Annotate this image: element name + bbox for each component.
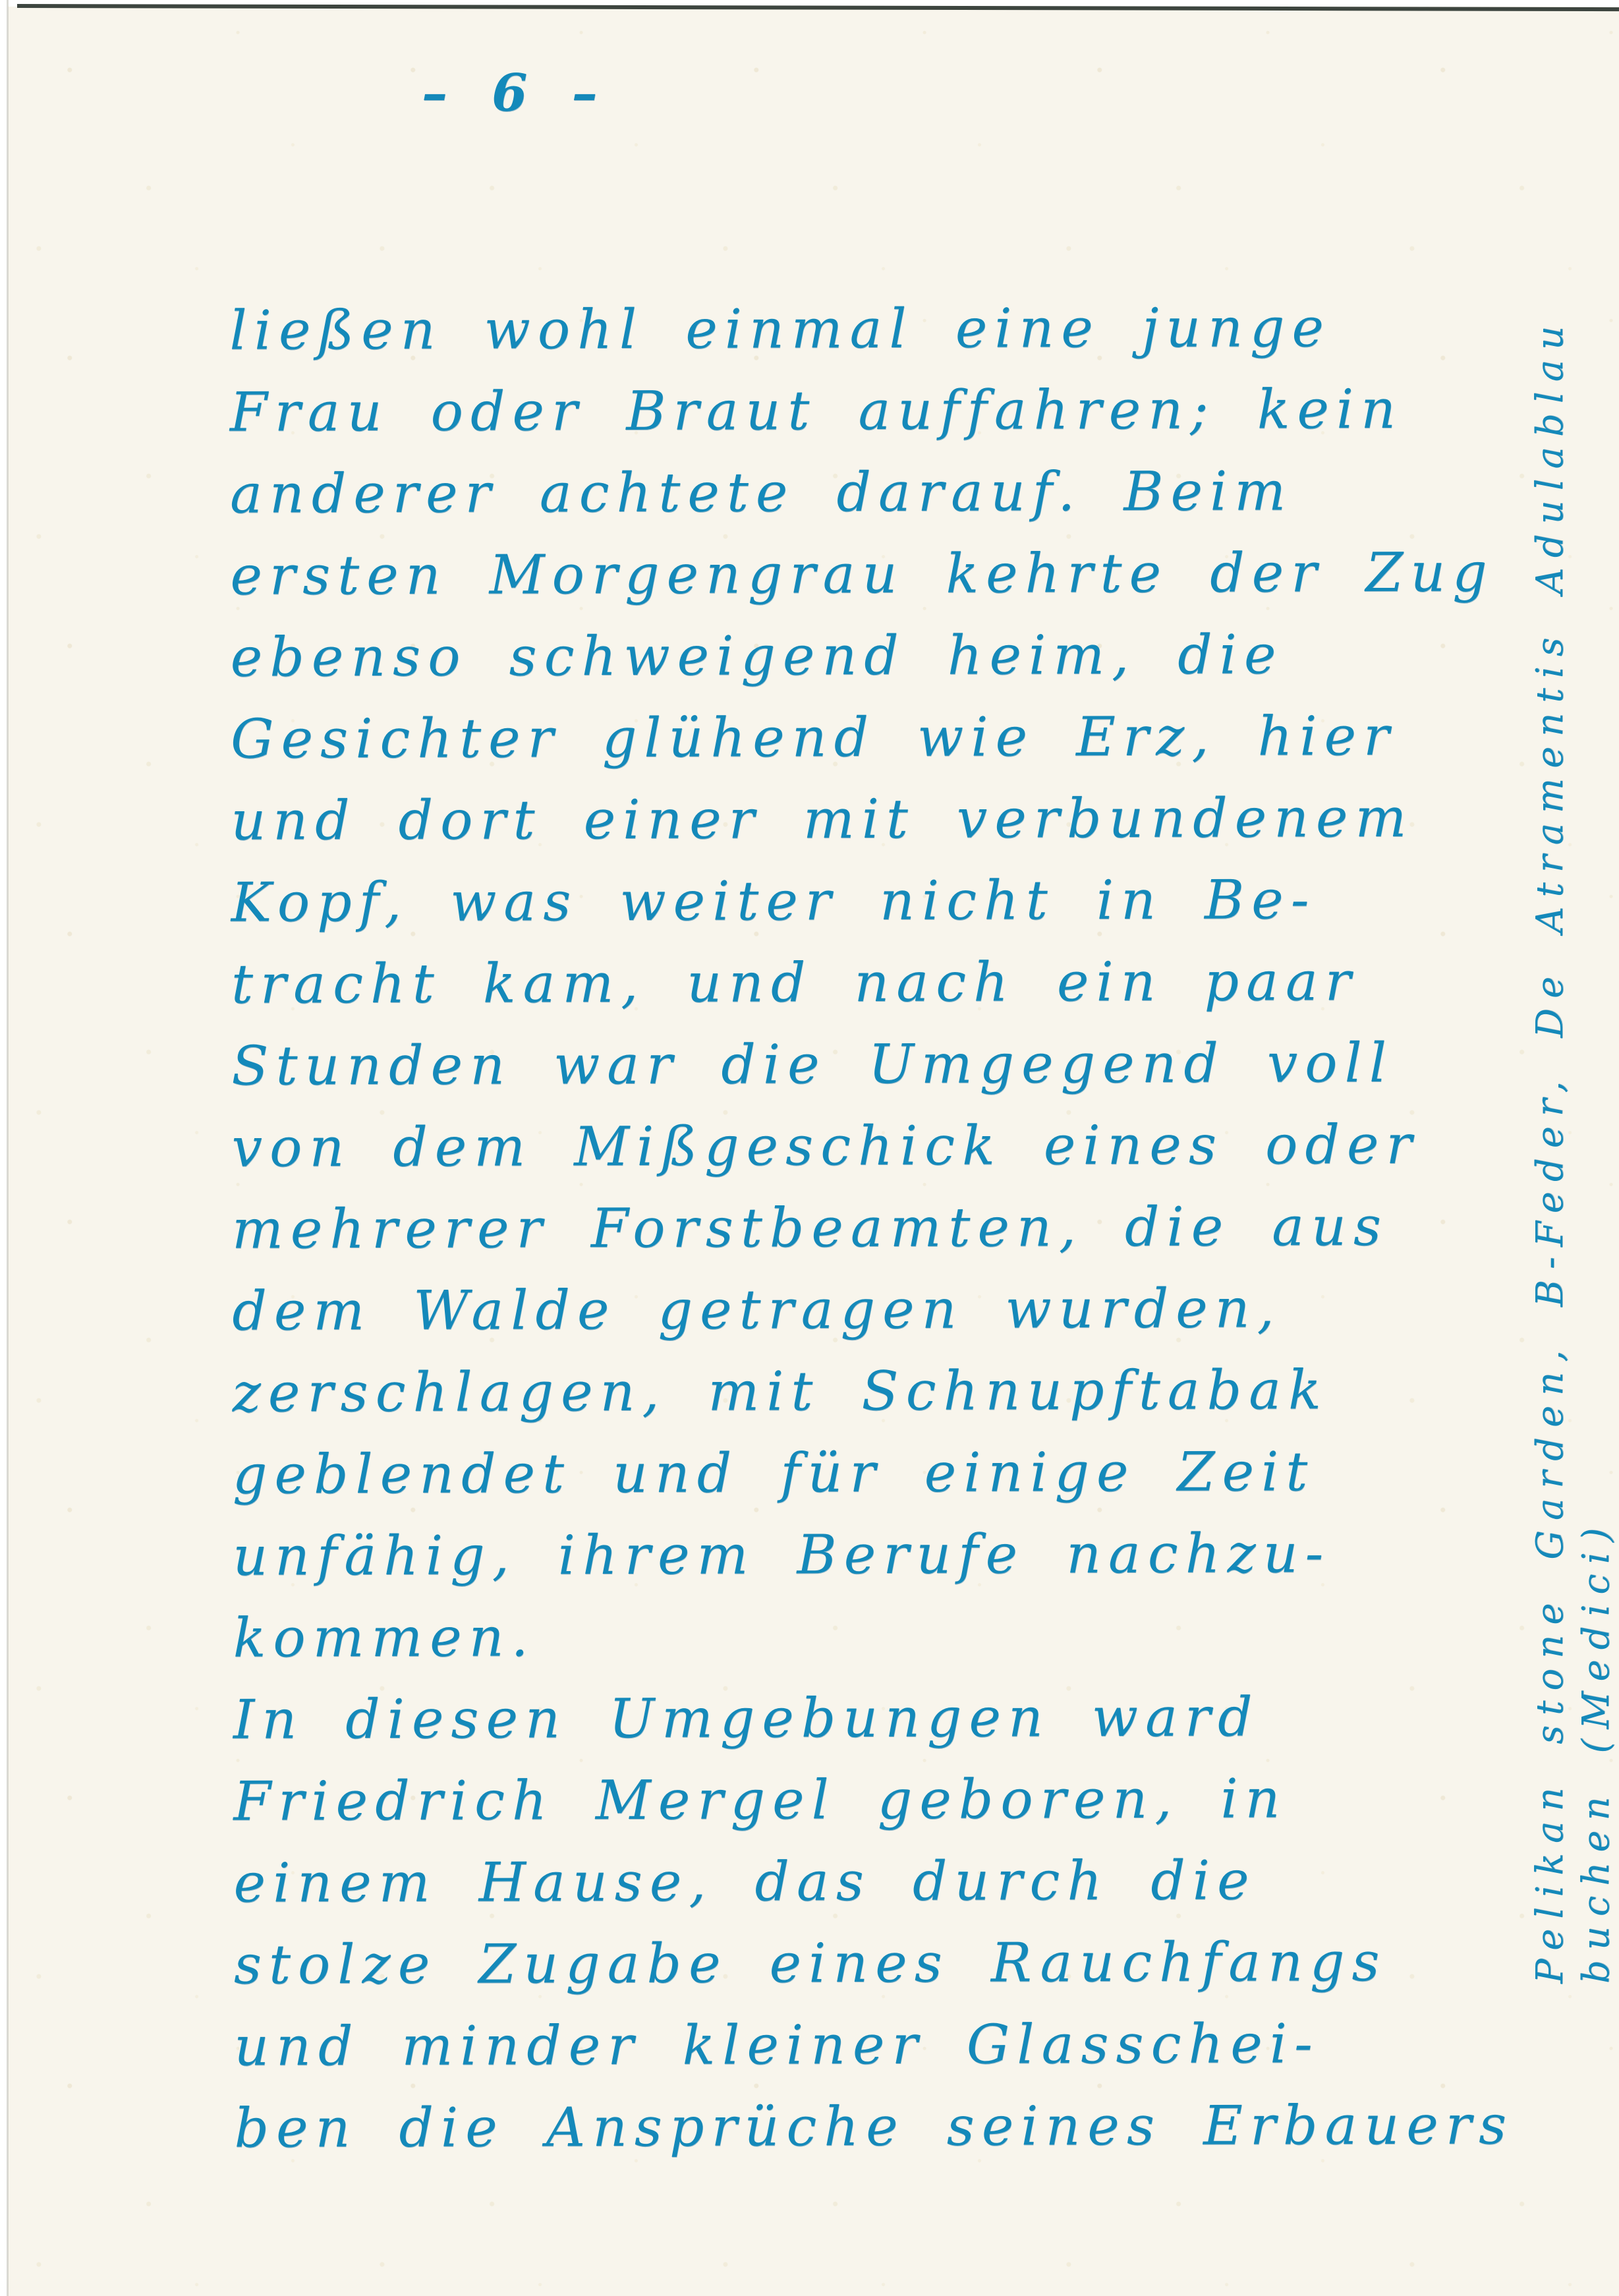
handwritten-line: und minder kleiner Glasschei- — [234, 2003, 1525, 2088]
handwritten-line: mehrerer Forstbeamten, die aus — [232, 1186, 1523, 1271]
margin-note: Pelikan stone Garden, B-Feder, De Atrame… — [1527, 244, 1619, 1984]
handwritten-line: von dem Mißgeschick eines oder — [232, 1104, 1523, 1189]
handwritten-text-block: ließen wohl einmal eine junge Frau oder … — [229, 287, 1525, 2169]
handwritten-line: Stunden war die Umgegend voll — [231, 1022, 1523, 1107]
handwritten-line: dem Walde getragen wurden, — [232, 1267, 1523, 1352]
handwritten-line: stolze Zugabe eines Rauchfangs — [234, 1921, 1525, 2006]
margin-note-line-1: Pelikan stone Garden, B-Feder, De Atrame… — [1527, 244, 1574, 1984]
scanned-page: – 6 – ließen wohl einmal eine junge Frau… — [0, 0, 1619, 2296]
handwritten-line: zerschlagen, mit Schnupftabak — [232, 1349, 1523, 1434]
handwritten-line: ebenso schweigend heim, die — [231, 614, 1522, 699]
handwritten-line: geblendet und für einige Zeit — [233, 1431, 1524, 1516]
handwritten-line: Gesichter glühend wie Erz, hier — [231, 695, 1522, 780]
handwritten-line: Frau oder Braut auffahren; kein — [230, 368, 1521, 453]
page-number: – 6 – — [422, 63, 611, 123]
handwritten-line: ließen wohl einmal eine junge — [229, 287, 1521, 372]
handwritten-line: kommen. — [233, 1594, 1524, 1679]
handwritten-line: einem Hause, das durch die — [233, 1839, 1525, 1924]
handwritten-line: ersten Morgengrau kehrte der Zug — [230, 532, 1521, 617]
handwritten-line: ben die Ansprüche seines Erbauers — [234, 2084, 1525, 2169]
handwritten-line: und dort einer mit verbundenem — [231, 777, 1522, 862]
scan-edge-left-shadow — [7, 0, 9, 2296]
margin-note-line-2: buchen (Medici) — [1574, 244, 1619, 1984]
handwritten-line: unfähig, ihrem Berufe nachzu- — [233, 1512, 1524, 1597]
handwritten-line: tracht kam, und nach ein paar — [231, 940, 1523, 1025]
handwritten-line: In diesen Umgebungen ward — [233, 1676, 1525, 1761]
handwritten-line: Kopf, was weiter nicht in Be- — [231, 859, 1523, 944]
handwritten-line: Friedrich Mergel geboren, in — [233, 1758, 1525, 1843]
handwritten-line: anderer achtete darauf. Beim — [230, 450, 1521, 535]
